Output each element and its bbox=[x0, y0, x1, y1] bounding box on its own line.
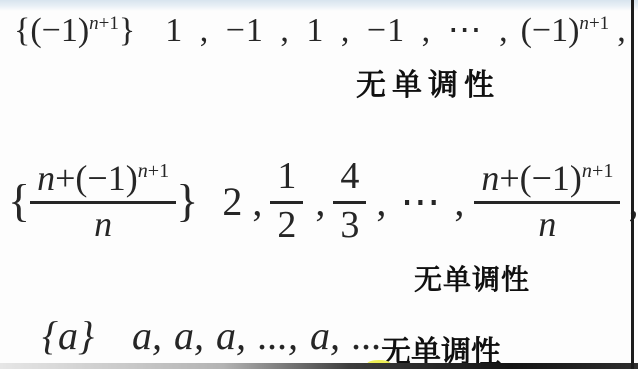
numerator-var: n bbox=[37, 158, 55, 198]
notation-pre: {(−1) bbox=[14, 12, 89, 49]
general-term-pre: (−1) bbox=[521, 12, 580, 49]
numerator-superscript: n+1 bbox=[582, 161, 614, 183]
superscript-var: n bbox=[579, 13, 589, 34]
superscript-rest: +1 bbox=[148, 160, 169, 182]
left-brace: { bbox=[8, 178, 30, 224]
superscript-var: n bbox=[138, 160, 148, 182]
fraction-denominator: n bbox=[538, 204, 556, 244]
notation-superscript: n+1 bbox=[89, 13, 119, 35]
superscript-var: n bbox=[89, 13, 99, 34]
ellipsis-separator: , ⋯ , bbox=[376, 178, 464, 225]
fraction-numerator: 1 bbox=[270, 156, 303, 203]
right-edge-line bbox=[631, 0, 634, 369]
superscript-rest: +1 bbox=[99, 13, 119, 34]
fraction-numerator: n+(−1)n+1 bbox=[30, 159, 176, 204]
bottom-shadow-band bbox=[0, 363, 638, 369]
fraction-numerator: n+(−1)n+1 bbox=[474, 159, 620, 204]
sequence-row-fraction: { n+(−1)n+1 n } 2 , 1 2 , 4 3 , ⋯ , n+(−… bbox=[8, 150, 638, 252]
fraction-numerator: 4 bbox=[333, 156, 366, 203]
sequence-row-alternating: {(−1)n+1} 1 , −1 , 1 , −1 , ⋯ , (−1)n+1 … bbox=[14, 10, 638, 50]
numerator-op: +(−1) bbox=[55, 158, 138, 198]
general-term-superscript: n+1 bbox=[579, 13, 609, 35]
superscript-var: n bbox=[582, 160, 592, 182]
sequence-ellipsis: , ⋯ bbox=[617, 10, 638, 50]
sequence-terms: 1 , −1 , 1 , −1 , ⋯ , bbox=[165, 10, 508, 50]
sequence-row-constant: {a} a, a, a, ..., a, ... bbox=[42, 312, 382, 359]
no-monotonicity-label-1: 无单调性 bbox=[356, 60, 500, 104]
first-term: 2 , bbox=[222, 178, 262, 225]
lecture-slide: {(−1)n+1} 1 , −1 , 1 , −1 , ⋯ , (−1)n+1 … bbox=[0, 0, 638, 369]
general-term: (−1)n+1 bbox=[521, 12, 610, 50]
general-term-fraction: n+(−1)n+1 n bbox=[30, 159, 176, 244]
notation-post: } bbox=[119, 12, 135, 49]
comma-separator: , bbox=[315, 178, 325, 225]
no-monotonicity-label-2: 无单调性 bbox=[414, 258, 530, 298]
fraction-one-half: 1 2 bbox=[270, 156, 303, 245]
fraction-four-thirds: 4 3 bbox=[333, 156, 366, 245]
right-brace: } bbox=[176, 178, 198, 224]
superscript-rest: +1 bbox=[592, 160, 613, 182]
sequence-terms: a, a, a, ..., a, ... bbox=[132, 312, 382, 359]
sequence-notation: {a} bbox=[42, 312, 94, 359]
numerator-var: n bbox=[481, 158, 499, 198]
fraction-denominator: 3 bbox=[340, 204, 359, 246]
numerator-op: +(−1) bbox=[499, 158, 582, 198]
superscript-rest: +1 bbox=[589, 13, 609, 34]
sequence-notation: {(−1)n+1} bbox=[14, 12, 135, 50]
general-term-fraction: n+(−1)n+1 n bbox=[474, 159, 620, 244]
fraction-denominator: n bbox=[94, 204, 112, 244]
fraction-denominator: 2 bbox=[277, 204, 296, 246]
numerator-superscript: n+1 bbox=[138, 161, 170, 183]
